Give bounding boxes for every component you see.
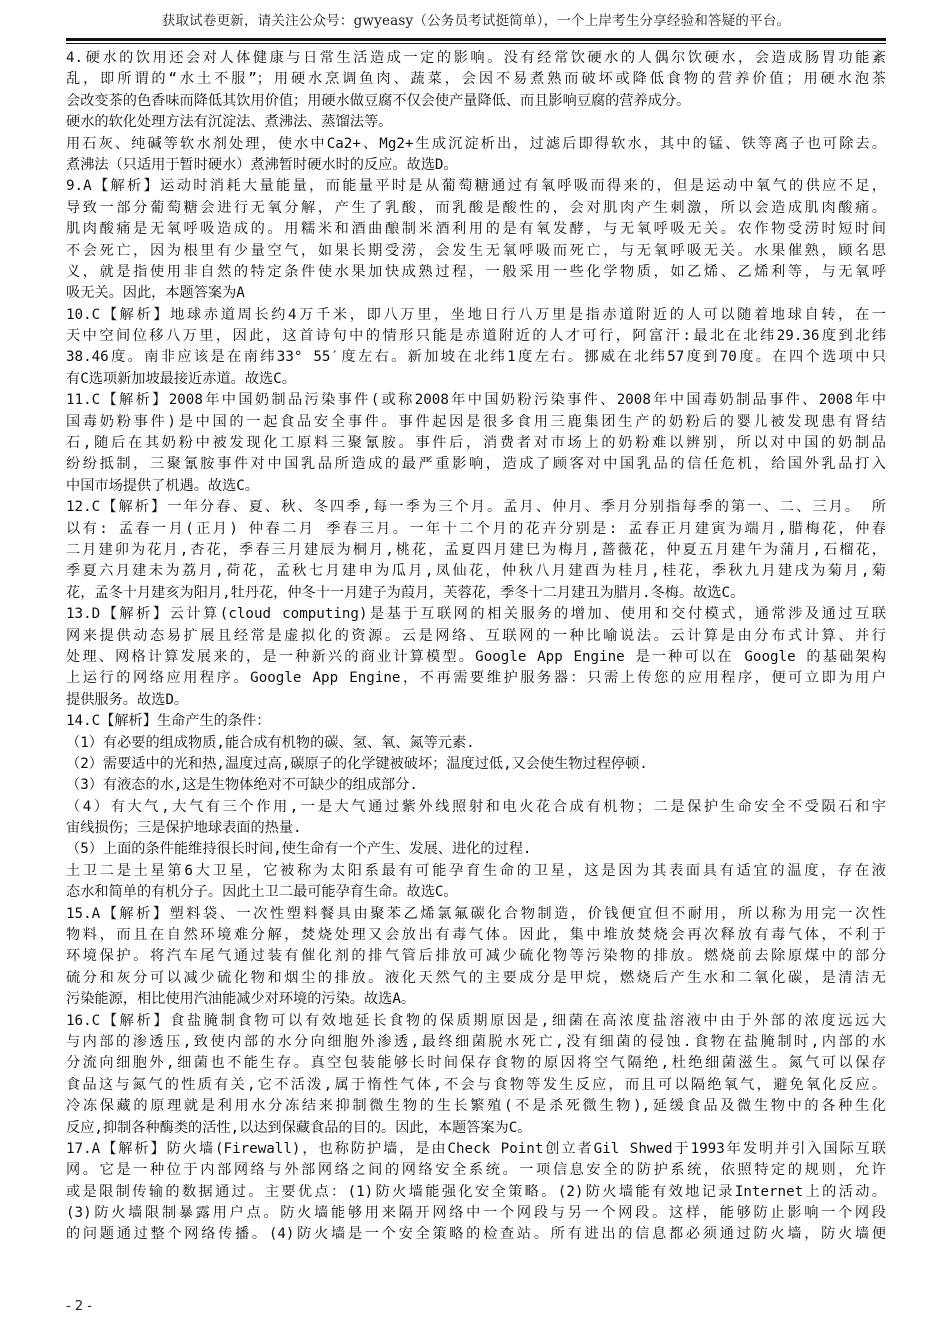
text-line: 二月建卯为花月,杏花，季春三月建辰为桐月,桃花，孟夏四月建巳为梅月,蔷薇花，仲夏… <box>66 540 886 561</box>
text-line: 以有: 孟春一月(正月) 仲春二月 季春三月。一年十二个月的花卉分别是: 孟春正… <box>66 519 886 540</box>
text-line: （1）有必要的组成物质,能合成有机物的碳、氢、氧、氮等元素. <box>66 733 886 754</box>
text-line: 肌肉酸痛是无氧呼吸造成的。用糯米和酒曲酿制米酒利用的是有氧发酵，与无氧呼吸无关。… <box>66 219 886 240</box>
page-number: - 2 - <box>66 1299 92 1314</box>
text-line: 有C选项新加坡最接近赤道。故选C。 <box>66 369 886 390</box>
text-line: （4）有大气,大气有三个作用,一是大气通过紫外线照射和电火花合成有机物；二是保护… <box>66 797 886 818</box>
text-line: （5）上面的条件能维持很长时间,使生命有一个产生、发展、进化的过程. <box>66 839 886 860</box>
text-line: 13.D【解析】云计算(cloud computing)是基于互联网的相关服务的… <box>66 604 886 625</box>
text-line: （3）有液态的水,这是生物体绝对不可缺少的组成部分. <box>66 775 886 796</box>
text-line: 16.C【解析】食盐腌制食物可以有效地延长食物的保质期原因是,细菌在高浓度盐溶液… <box>66 1011 886 1032</box>
text-line: 花，孟冬十月建亥为阳月,牡丹花，仲冬十一月建子为葭月，芙蓉花，季冬十二月建丑为腊… <box>66 583 886 604</box>
text-line: 环境保护。将汽车尾气通过装有催化剂的排气管后排放可减少硫化物等污染物的排放。燃烧… <box>66 946 886 967</box>
text-line: （2）需要适中的光和热,温度过高,碳原子的化学键被破坏；温度过低,又会使生物过程… <box>66 754 886 775</box>
header-notice: 获取试卷更新，请关注公众号：gwyeasy（公务员考试挺简单），一个上岸考生分享… <box>66 12 886 30</box>
text-line: 38.46度。南非应该是在南纬33° 55′度左右。新加坡在北纬1度左右。挪威在… <box>66 347 886 368</box>
text-line: 不会死亡，因为根里有少量空气，如果长期受涝，会发生无氧呼吸而死亡，与无氧呼吸无关… <box>66 241 886 262</box>
text-line: 处理、网格计算发展来的，是一种新兴的商业计算模型。Google App Engi… <box>66 647 886 668</box>
text-line: 土卫二是土星第6大卫星，它被称为太阳系最有可能孕育生命的卫星，这是因为其表面具有… <box>66 861 886 882</box>
text-line: 义，就是指使用非自然的特定条件使水果加快成熟过程，一般采用一些化学物质，如乙烯、… <box>66 262 886 283</box>
text-line: 9.A【解析】运动时消耗大量能量，而能量平时是从葡萄糖通过有氧呼吸而得来的，但是… <box>66 176 886 197</box>
text-line: 国毒奶粉事件)是中国的一起食品安全事件。事件起因是很多食用三鹿集团生产的奶粉后的… <box>66 412 886 433</box>
text-line: 12.C【解析】一年分春、夏、秋、冬四季,每一季为三个月。孟月、仲月、季月分别指… <box>66 497 886 518</box>
text-line: 硬水的软化处理方法有沉淀法、煮沸法、蒸馏法等。 <box>66 112 886 133</box>
text-line: 10.C【解析】地球赤道周长约4万千米，即八万里，坐地日行八万里是指赤道附近的人… <box>66 305 886 326</box>
text-line: 分流向细胞外,细菌也不能生存。真空包装能够长时间保存食物的原因将空气隔绝,杜绝细… <box>66 1053 886 1074</box>
text-line: 季夏六月建未为荔月,荷花，孟秋七月建申为瓜月,凤仙花，仲秋八月建酉为桂月,桂花，… <box>66 561 886 582</box>
text-line: 的问题通过整个网络传播。(4)防火墙是一个安全策略的检查站。所有进出的信息都必须… <box>66 1224 886 1245</box>
text-line: 天中空间位移八万里，因此，这首诗句中的情形只能是赤道附近的人才可行，阿富汗:最北… <box>66 326 886 347</box>
text-line: 纷纷抵制，三聚氰胺事件对中国乳品所造成的最严重影响，造成了顾客对中国乳品的信任危… <box>66 454 886 475</box>
text-line: 网来提供动态易扩展且经常是虚拟化的资源。云是网络、互联网的一种比喻说法。云计算是… <box>66 626 886 647</box>
header-rule-thin <box>66 43 886 44</box>
text-line: 17.A【解析】防火墙(Firewall)，也称防护墙，是由Check Poin… <box>66 1139 886 1160</box>
text-line: 煮沸法（只适用于暂时硬水）煮沸暂时硬水时的反应。故选D。 <box>66 155 886 176</box>
text-line: 物料，而且在自然环境难分解，焚烧处理又会放出有毒气体。因此，集中堆放焚烧会再次释… <box>66 925 886 946</box>
text-line: 食品这与氮气的性质有关,它不活泼,属于惰性气体,不会与食物等发生反应，而且可以隔… <box>66 1075 886 1096</box>
text-line: 与内部的渗透压,致使内部的水分向细胞外渗透,最终细菌脱水死亡,没有细菌的侵蚀.食… <box>66 1032 886 1053</box>
text-line: 石,随后在其奶粉中被发现化工原料三聚氰胺。事件后，消费者对市场上的奶粉难以辨别，… <box>66 433 886 454</box>
text-line: 上运行的网络应用程序。Google App Engine，不再需要维护服务器：只… <box>66 668 886 689</box>
text-line: (3)防火墙限制暴露用户点。防火墙能够用来隔开网络中一个网段与另一个网段。这样，… <box>66 1203 886 1224</box>
text-line: 导致一部分葡萄糖会进行无氧分解，产生了乳酸，而乳酸是酸性的，会对肌肉产生刺激，所… <box>66 198 886 219</box>
text-line: 会改变茶的色香味而降低其饮用价值；用硬水做豆腐不仅会使产量降低、而且影响豆腐的营… <box>66 91 886 112</box>
text-line: 反应,抑制各种酶类的活性,以达到保藏食品的目的。因此，本题答案为C。 <box>66 1118 886 1139</box>
text-line: 15.A【解析】塑料袋、一次性塑料餐具由聚苯乙烯氯氟碳化合物制造，价钱便宜但不耐… <box>66 904 886 925</box>
text-line: 冷冻保藏的原理就是利用水分冻结来抑制微生物的生长繁殖(不是杀死微生物),延缓食品… <box>66 1096 886 1117</box>
text-line: 11.C【解析】2008年中国奶制品污染事件(或称2008年中国奶粉污染事件、2… <box>66 390 886 411</box>
text-line: 乱，即所谓的“水土不服”；用硬水烹调鱼肉、蔬菜，会因不易煮熟而破坏或降低食物的营… <box>66 69 886 90</box>
text-line: 14.C【解析】生命产生的条件： <box>66 711 886 732</box>
text-line: 提供服务。故选D。 <box>66 690 886 711</box>
text-line: 宙线损伤；三是保护地球表面的热量. <box>66 818 886 839</box>
text-line: 污染能源，相比使用汽油能减少对环境的污染。故选A。 <box>66 989 886 1010</box>
document-body: 4.硬水的饮用还会对人体健康与日常生活造成一定的影响。没有经常饮硬水的人偶尔饮硬… <box>66 48 886 1246</box>
text-line: 网。它是一种位于内部网络与外部网络之间的网络安全系统。一项信息安全的防护系统，依… <box>66 1160 886 1181</box>
text-line: 态水和简单的有机分子。因此土卫二最可能孕育生命。故选C。 <box>66 882 886 903</box>
text-line: 吸无关。因此，本题答案为A <box>66 283 886 304</box>
text-line: 4.硬水的饮用还会对人体健康与日常生活造成一定的影响。没有经常饮硬水的人偶尔饮硬… <box>66 48 886 69</box>
text-line: 或是限制传输的数据通过。主要优点：(1)防火墙能强化安全策略。(2)防火墙能有效… <box>66 1182 886 1203</box>
text-line: 硫分和灰分可以减少硫化物和烟尘的排放。液化天然气的主要成分是甲烷，燃烧后产生水和… <box>66 968 886 989</box>
header-rule-thick <box>66 38 886 41</box>
text-line: 用石灰、纯碱等软水剂处理，使水中Ca2+、Mg2+生成沉淀析出，过滤后即得软水，… <box>66 134 886 155</box>
text-line: 中国市场提供了机遇。故选C。 <box>66 476 886 497</box>
